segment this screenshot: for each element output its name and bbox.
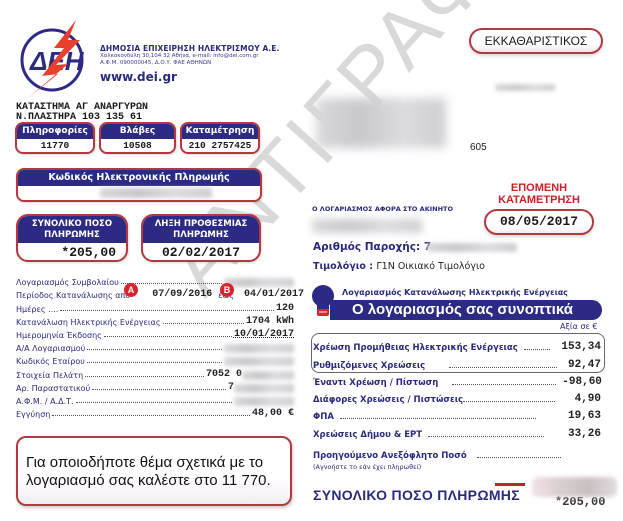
detail-row: Εγγύηση48,00 € (16, 406, 294, 419)
detail-label: Στοιχεία Πελάτη (16, 371, 83, 380)
redacted-code (100, 188, 212, 198)
detail-label: Κατανάλωση Ηλεκτρικής Ενέργειας (16, 318, 161, 327)
detail-label: Αρ. Παραστατικού (16, 384, 90, 393)
total-marker-line (495, 483, 525, 486)
charge-value: 33,26 (568, 428, 601, 440)
company-tax-info: Α.Φ.Μ. 090000045, Δ.Ο.Υ. ΦΑΕ ΑΘΗΝΩΝ (100, 60, 279, 67)
total-label-line-1: ΣΥΝΟΛΙΚΟ ΠΟΣΟ (20, 219, 124, 230)
due-date-box: ΛΗΞΗ ΠΡΟΘΕΣΜΙΑΣ ΠΛΗΡΩΜΗΣ 02/02/2017 (141, 214, 261, 262)
detail-row: Α.Φ.Μ. / Α.Δ.Τ. (16, 393, 294, 406)
detail-label: Α/Α Λογαριασμού (16, 344, 85, 353)
due-date-value: 02/02/2017 (143, 243, 259, 262)
store-address: ΚΑΤΑΣΤΗΜΑ ΑΓ ΑΝΑΡΓΥΡΩΝ Ν.ΠΛΑΣΤΗΡΑ 103 13… (16, 103, 148, 123)
faults-phone-label: Βλάβες (101, 124, 174, 139)
detail-value: 10/01/2017 (234, 329, 294, 340)
next-reading-date: 08/05/2017 (484, 209, 594, 235)
charge-label: Ρυθμιζόμενες Χρεώσεις (313, 361, 425, 371)
account-details: Λογαριασμός Συμβολαίου Περίοδος Κατανάλω… (16, 274, 294, 419)
redacted-property-address (312, 219, 422, 233)
charge-row: Χρεώσεις Δήμου & ΕΡΤ33,26 (313, 422, 601, 439)
dei-logo-icon: ΔΕΗ (14, 18, 94, 98)
tariff: Τιμολόγιο : Γ1Ν Οικιακό Τιμολόγιο (313, 261, 485, 272)
charge-value: -98,60 (562, 376, 602, 388)
detail-value: 48,00 € (252, 408, 294, 419)
info-phone-box: Πληροφορίες 11770 (15, 122, 95, 154)
detail-row: Α/Α Λογαριασμού (16, 340, 294, 353)
info-phone-value: 11770 (17, 139, 93, 153)
marker-a-badge: A (124, 283, 138, 297)
charge-row: Έναντι Χρέωση / Πίστωση-98,60 (313, 371, 601, 388)
faults-phone-value: 10508 (101, 139, 174, 153)
redacted-value (224, 344, 294, 353)
detail-label: Εγγύηση (16, 410, 50, 419)
due-label-line-1: ΛΗΞΗ ΠΡΟΘΕΣΜΙΑΣ (145, 219, 257, 230)
charge-label: Έναντι Χρέωση / Πίστωση (313, 378, 438, 388)
property-title: Ο ΛΟΓΑΡΙΑΣΜΟΣ ΑΦΟΡΑ ΣΤΟ ΑΚΙΝΗΤΟ (312, 205, 453, 213)
detail-row: Κωδικός Εταίρου (16, 353, 294, 366)
info-phone-label: Πληροφορίες (17, 124, 93, 139)
detail-label: Κωδικός Εταίρου (16, 357, 85, 366)
due-date-label: ΛΗΞΗ ΠΡΟΘΕΣΜΙΑΣ ΠΛΗΡΩΜΗΣ (143, 216, 259, 243)
charge-row: Διάφορες Χρεώσεις / Πιστώσεις4,90 (313, 388, 601, 405)
redacted-value (234, 397, 294, 406)
detail-row-period: Περίοδος Κατανάλωσης από 07/09/2016 έως … (16, 287, 294, 300)
tariff-label: Τιμολόγιο : (313, 261, 373, 272)
detail-label: Ημερομηνία Έκδοσης (16, 331, 102, 340)
due-label-line-2: ΠΛΗΡΩΜΗΣ (145, 230, 257, 241)
detail-row: Αρ. Παραστατικού7 (16, 380, 294, 393)
charge-row: Χρέωση Προμήθειας Ηλεκτρικής Ενέργειας15… (313, 336, 601, 353)
charge-label: ΦΠΑ (313, 412, 334, 422)
period-to: 04/01/2017 (244, 289, 304, 300)
redacted-reference (495, 84, 555, 91)
call-center-line-1: Για οποιοδήποτε θέμα σχετικά με το (26, 454, 290, 472)
value-column-header: Αξία σε € (560, 322, 597, 331)
period-from: 07/09/2016 (152, 289, 212, 300)
e-payment-label: Κωδικός Ηλεκτρονικής Πληρωμής (18, 170, 260, 186)
detail-row: Ημέρες ....120 (16, 300, 294, 313)
redacted-recipient-address (316, 98, 446, 148)
redacted-value (224, 278, 294, 287)
charge-value: 19,63 (568, 410, 601, 422)
reading-phone-label: Καταμέτρηση (182, 124, 258, 139)
charge-label: Χρέωση Προμήθειας Ηλεκτρικής Ενέργειας (313, 343, 518, 353)
redacted-value (234, 384, 294, 393)
previous-unpaid-label: Προηγούμενο Ανεξόφλητο Ποσό (313, 451, 467, 461)
bill-type-badge: ΕΚΚΑΘΑΡΙΣΤΙΚΟΣ (469, 28, 603, 54)
e-payment-code-box: Κωδικός Ηλεκτρονικής Πληρωμής (16, 168, 262, 202)
detail-row: Ημερομηνία Έκδοσης10/01/2017 (16, 327, 294, 340)
company-info: ΔΗΜΟΣΙΑ ΕΠΙΧΕΙΡΗΣΗ ΗΛΕΚΤΡΙΣΜΟΥ Α.Ε. Χαλκ… (100, 44, 279, 84)
detail-row: Λογαριασμός Συμβολαίου (16, 274, 294, 287)
charge-row: Ρυθμιζόμενες Χρεώσεις92,47 (313, 353, 601, 370)
reading-phone-value: 210 2757425 (182, 139, 258, 153)
charge-value: 92,47 (568, 359, 601, 371)
tariff-value: Γ1Ν Οικιακό Τιμολόγιο (376, 261, 485, 272)
charge-value: 4,90 (575, 393, 601, 405)
next-reading-title: ΕΠΟΜΕΝΗ ΚΑΤΑΜΕΤΡΗΣΗ (484, 182, 594, 206)
summary-title: Ο λογαριασμός σας συνοπτικά (330, 300, 602, 320)
detail-value: 7052 0 (206, 369, 242, 380)
next-reading-title-1: ΕΠΟΜΕΝΗ (484, 182, 594, 194)
previous-unpaid-row: Προηγούμενο Ανεξόφλητο Ποσό (313, 451, 561, 461)
recipient-code: 605 (470, 142, 487, 153)
charge-row: ΦΠΑ19,63 (313, 405, 601, 422)
previous-unpaid-note: (Αγνοήστε το εάν έχει πληρωθεί) (313, 463, 421, 471)
grand-total-label: ΣΥΝΟΛΙΚΟ ΠΟΣΟ ΠΛΗΡΩΜΗΣ (313, 487, 520, 503)
redacted-value (224, 357, 294, 366)
company-address: Χαλκοκονδύλη 30,104 32 Αθήνα, e-mail: in… (100, 53, 279, 60)
detail-value: 1704 kWh (246, 316, 294, 327)
total-amount-box: ΣΥΝΟΛΙΚΟ ΠΟΣΟ ΠΛΗΡΩΜΗΣ *205,00 (16, 214, 128, 262)
reading-phone-box: Καταμέτρηση 210 2757425 (180, 122, 260, 154)
total-amount-value: *205,00 (18, 243, 126, 262)
detail-label: Ημέρες .... (16, 305, 58, 314)
call-center-line-2: λογαριασμό σας καλέστε στο 11 770. (26, 472, 290, 490)
marker-b-badge: B (220, 283, 234, 297)
redacted-value (242, 371, 294, 380)
charge-label: Χρεώσεις Δήμου & ΕΡΤ (313, 430, 422, 440)
supply-number: Αριθμός Παροχής: 7 (313, 241, 431, 253)
detail-label: Α.Φ.Μ. / Α.Δ.Τ. (16, 397, 74, 406)
faults-phone-box: Βλάβες 10508 (99, 122, 176, 154)
supply-label: Αριθμός Παροχής: (313, 241, 420, 253)
charge-label: Διάφορες Χρεώσεις / Πιστώσεις (313, 395, 463, 405)
charges-list: Χρέωση Προμήθειας Ηλεκτρικής Ενέργειας15… (313, 336, 601, 440)
charge-value: 153,34 (561, 341, 601, 353)
detail-value: 120 (276, 303, 294, 314)
call-center-box: Για οποιοδήποτε θέμα σχετικά με το λογαρ… (16, 436, 292, 506)
company-name: ΔΗΜΟΣΙΑ ΕΠΙΧΕΙΡΗΣΗ ΗΛΕΚΤΡΙΣΜΟΥ Α.Ε. (100, 44, 279, 53)
detail-row: Κατανάλωση Ηλεκτρικής Ενέργειας1704 kWh (16, 314, 294, 327)
redacted-supply-number (427, 243, 517, 252)
summary-subtitle: Λογαριασμός Κατανάλωσης Ηλεκτρικής Ενέργ… (342, 288, 568, 297)
detail-row: Στοιχεία Πελάτη7052 0 (16, 366, 294, 379)
redacted-total-overlay (532, 477, 617, 497)
e-payment-value (18, 186, 260, 200)
detail-label: Περίοδος Κατανάλωσης από (16, 291, 130, 300)
grand-total-value: *205,00 (555, 495, 605, 509)
total-amount-label: ΣΥΝΟΛΙΚΟ ΠΟΣΟ ΠΛΗΡΩΜΗΣ (18, 216, 126, 243)
total-label-line-2: ΠΛΗΡΩΜΗΣ (20, 230, 124, 241)
next-reading-title-2: ΚΑΤΑΜΕΤΡΗΣΗ (484, 194, 594, 206)
detail-label: Λογαριασμός Συμβολαίου (16, 278, 119, 287)
company-website[interactable]: www.dei.gr (100, 70, 279, 84)
